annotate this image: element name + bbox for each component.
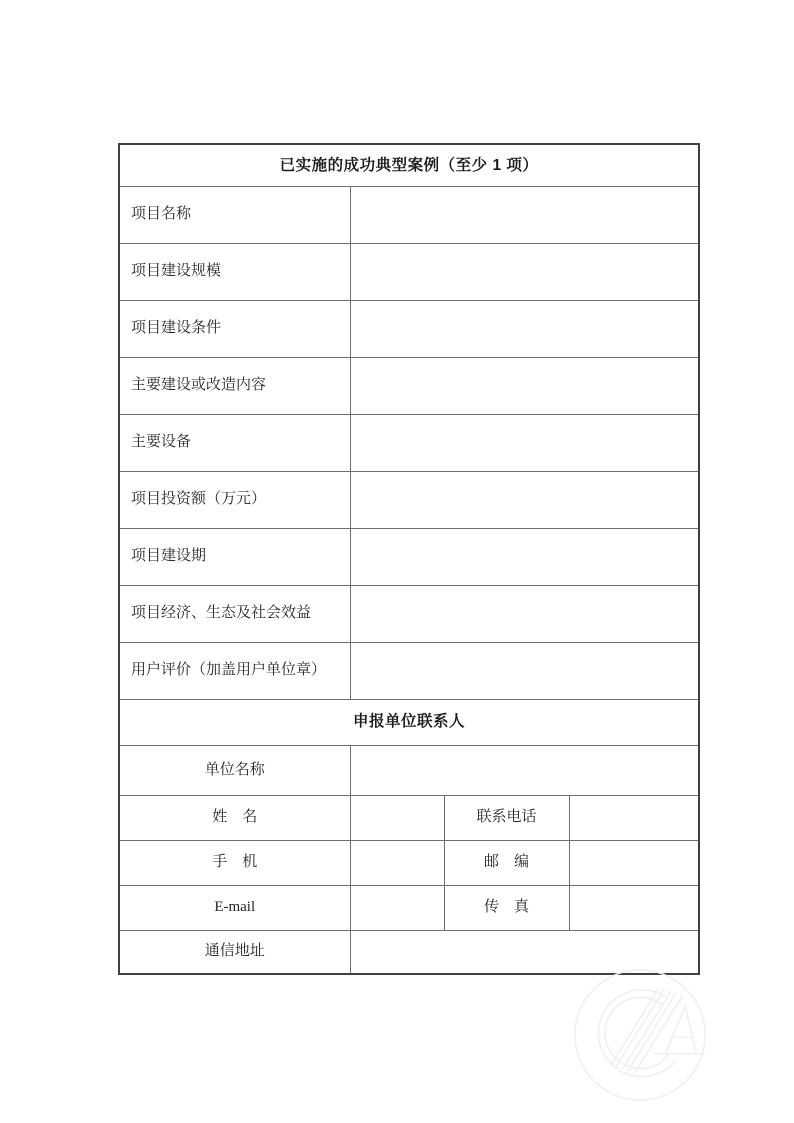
label-email: E-mail xyxy=(119,885,350,930)
table-row: 项目经济、生态及社会效益 xyxy=(119,585,699,642)
value-cell-construction-period xyxy=(350,528,699,585)
table-row: 项目投资额（万元） xyxy=(119,471,699,528)
label-project-conditions: 项目建设条件 xyxy=(119,300,350,357)
label-postal-code: 邮 编 xyxy=(444,840,569,885)
value-cell-email xyxy=(350,885,444,930)
table-row: 主要设备 xyxy=(119,414,699,471)
value-cell-mailing-address xyxy=(350,930,699,974)
value-cell-contact-phone xyxy=(569,795,699,840)
table-row: 项目建设期 xyxy=(119,528,699,585)
label-contact-phone: 联系电话 xyxy=(444,795,569,840)
value-cell-contact-name xyxy=(350,795,444,840)
label-mobile: 手 机 xyxy=(119,840,350,885)
value-cell-main-equipment xyxy=(350,414,699,471)
value-cell-project-name xyxy=(350,186,699,243)
label-project-benefits: 项目经济、生态及社会效益 xyxy=(119,585,350,642)
label-project-investment: 项目投资额（万元） xyxy=(119,471,350,528)
value-cell-mobile xyxy=(350,840,444,885)
value-cell-unit-name xyxy=(350,745,699,795)
table-row: 姓 名 联系电话 xyxy=(119,795,699,840)
case-section-title-row: 已实施的成功典型案例（至少 1 项） xyxy=(119,144,699,186)
table-row: 主要建设或改造内容 xyxy=(119,357,699,414)
value-cell-project-conditions xyxy=(350,300,699,357)
label-fax: 传 真 xyxy=(444,885,569,930)
value-cell-postal-code xyxy=(569,840,699,885)
contact-section-title: 申报单位联系人 xyxy=(119,699,699,745)
value-cell-user-evaluation xyxy=(350,642,699,699)
value-cell-project-scale xyxy=(350,243,699,300)
table-row: 项目建设条件 xyxy=(119,300,699,357)
label-project-scale: 项目建设规模 xyxy=(119,243,350,300)
contact-section-title-row: 申报单位联系人 xyxy=(119,699,699,745)
label-project-name: 项目名称 xyxy=(119,186,350,243)
label-contact-name: 姓 名 xyxy=(119,795,350,840)
case-section-title: 已实施的成功典型案例（至少 1 项） xyxy=(119,144,699,186)
scanned-form-page: 已实施的成功典型案例（至少 1 项） 项目名称 项目建设规模 项目建设条件 主要… xyxy=(0,0,794,1123)
table-row: 单位名称 xyxy=(119,745,699,795)
table-row: 用户评价（加盖用户单位章） xyxy=(119,642,699,699)
value-cell-project-benefits xyxy=(350,585,699,642)
value-cell-project-investment xyxy=(350,471,699,528)
label-main-construction-content: 主要建设或改造内容 xyxy=(119,357,350,414)
value-cell-main-construction-content xyxy=(350,357,699,414)
label-main-equipment: 主要设备 xyxy=(119,414,350,471)
application-form-table: 已实施的成功典型案例（至少 1 项） 项目名称 项目建设规模 项目建设条件 主要… xyxy=(118,143,700,975)
label-user-evaluation: 用户评价（加盖用户单位章） xyxy=(119,642,350,699)
table-row: 项目名称 xyxy=(119,186,699,243)
label-mailing-address: 通信地址 xyxy=(119,930,350,974)
table-row: 通信地址 xyxy=(119,930,699,974)
table-row: 项目建设规模 xyxy=(119,243,699,300)
table-row: E-mail 传 真 xyxy=(119,885,699,930)
label-unit-name: 单位名称 xyxy=(119,745,350,795)
label-construction-period: 项目建设期 xyxy=(119,528,350,585)
value-cell-fax xyxy=(569,885,699,930)
circular-slash-logo-watermark-icon xyxy=(568,962,716,1110)
table-row: 手 机 邮 编 xyxy=(119,840,699,885)
